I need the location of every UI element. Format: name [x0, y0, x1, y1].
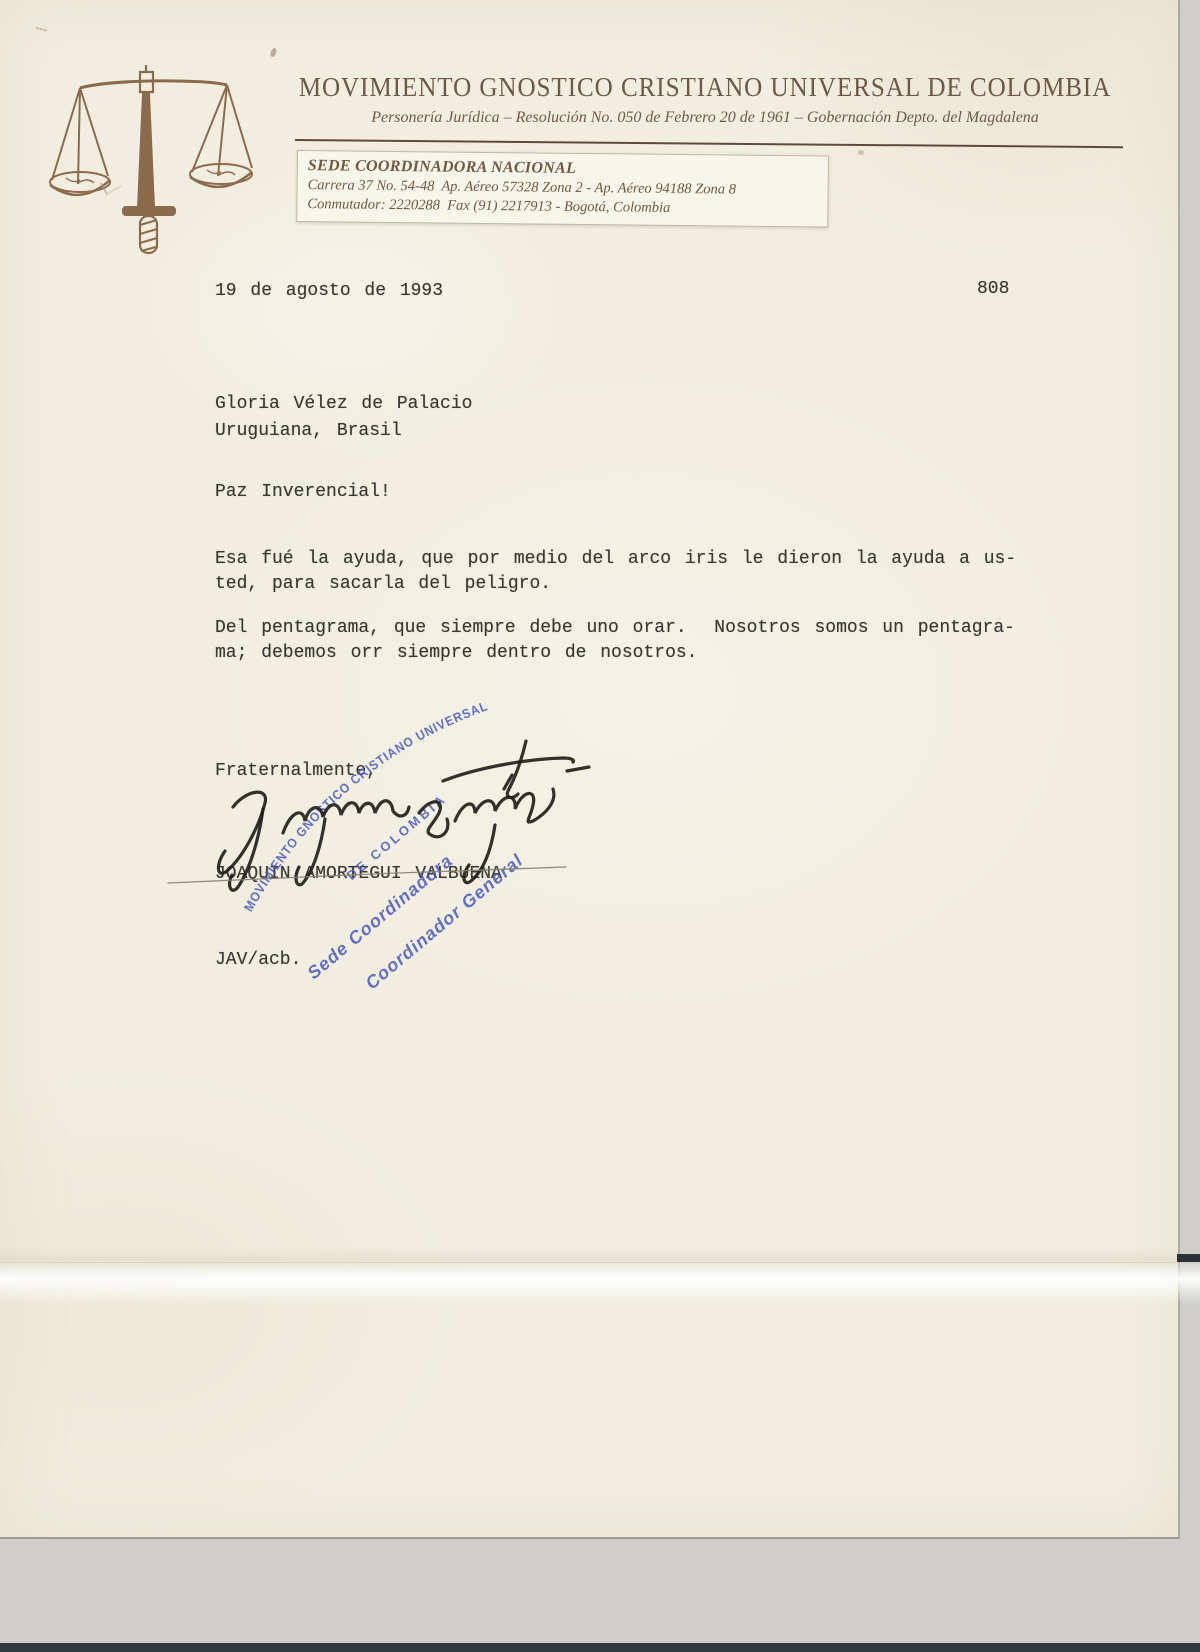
scales-of-justice-logo — [28, 58, 263, 263]
typist-initials: JAV/acb. — [215, 950, 301, 970]
left-pan-strings — [52, 88, 108, 184]
body-line: Del pentagrama, que siempre debe uno ora… — [215, 618, 1015, 638]
legal-registration-line: Personería Jurídica – Resolución No. 050… — [255, 109, 1155, 127]
recipient-name: Gloria Vélez de Palacio — [215, 394, 472, 414]
body-line: Esa fué la ayuda, que por medio del arco… — [215, 549, 1016, 569]
signer-name: JOAQUIN AMORTEGUI VALBUENA — [215, 864, 502, 884]
salutation: Paz Inverencial! — [215, 482, 391, 502]
reference-number: 808 — [977, 279, 1009, 299]
office-address-box: SEDE COORDINADORA NACIONAL Carrera 37 No… — [296, 150, 829, 228]
right-pan-strings — [192, 85, 252, 176]
letter-date: 19 de agosto de 1993 — [215, 281, 443, 301]
org-name: MOVIMIENTO GNOSTICO CRISTIANO UNIVERSAL … — [287, 72, 1124, 103]
closing-line: Fraternalmente, — [215, 761, 377, 781]
recipient-location: Uruguiana, Brasil — [215, 421, 402, 441]
scan-edge-mark — [1177, 1254, 1200, 1262]
scanned-letter-page: MOVIMIENTO GNOSTICO CRISTIANO UNIVERSAL … — [0, 0, 1200, 1652]
paper-speck — [858, 150, 864, 155]
scanner-bottom-band — [0, 1643, 1200, 1652]
sword-blade — [138, 94, 154, 208]
body-line: ma; debemos orr siempre dentro de nosotr… — [215, 643, 697, 663]
fold-crease-line — [0, 1262, 1178, 1263]
office-contact: Conmutador: 2220288 Fax (91) 2217913 - B… — [307, 195, 817, 219]
sword-guard — [123, 207, 175, 215]
body-line: ted, para sacarla del peligro. — [215, 574, 551, 594]
